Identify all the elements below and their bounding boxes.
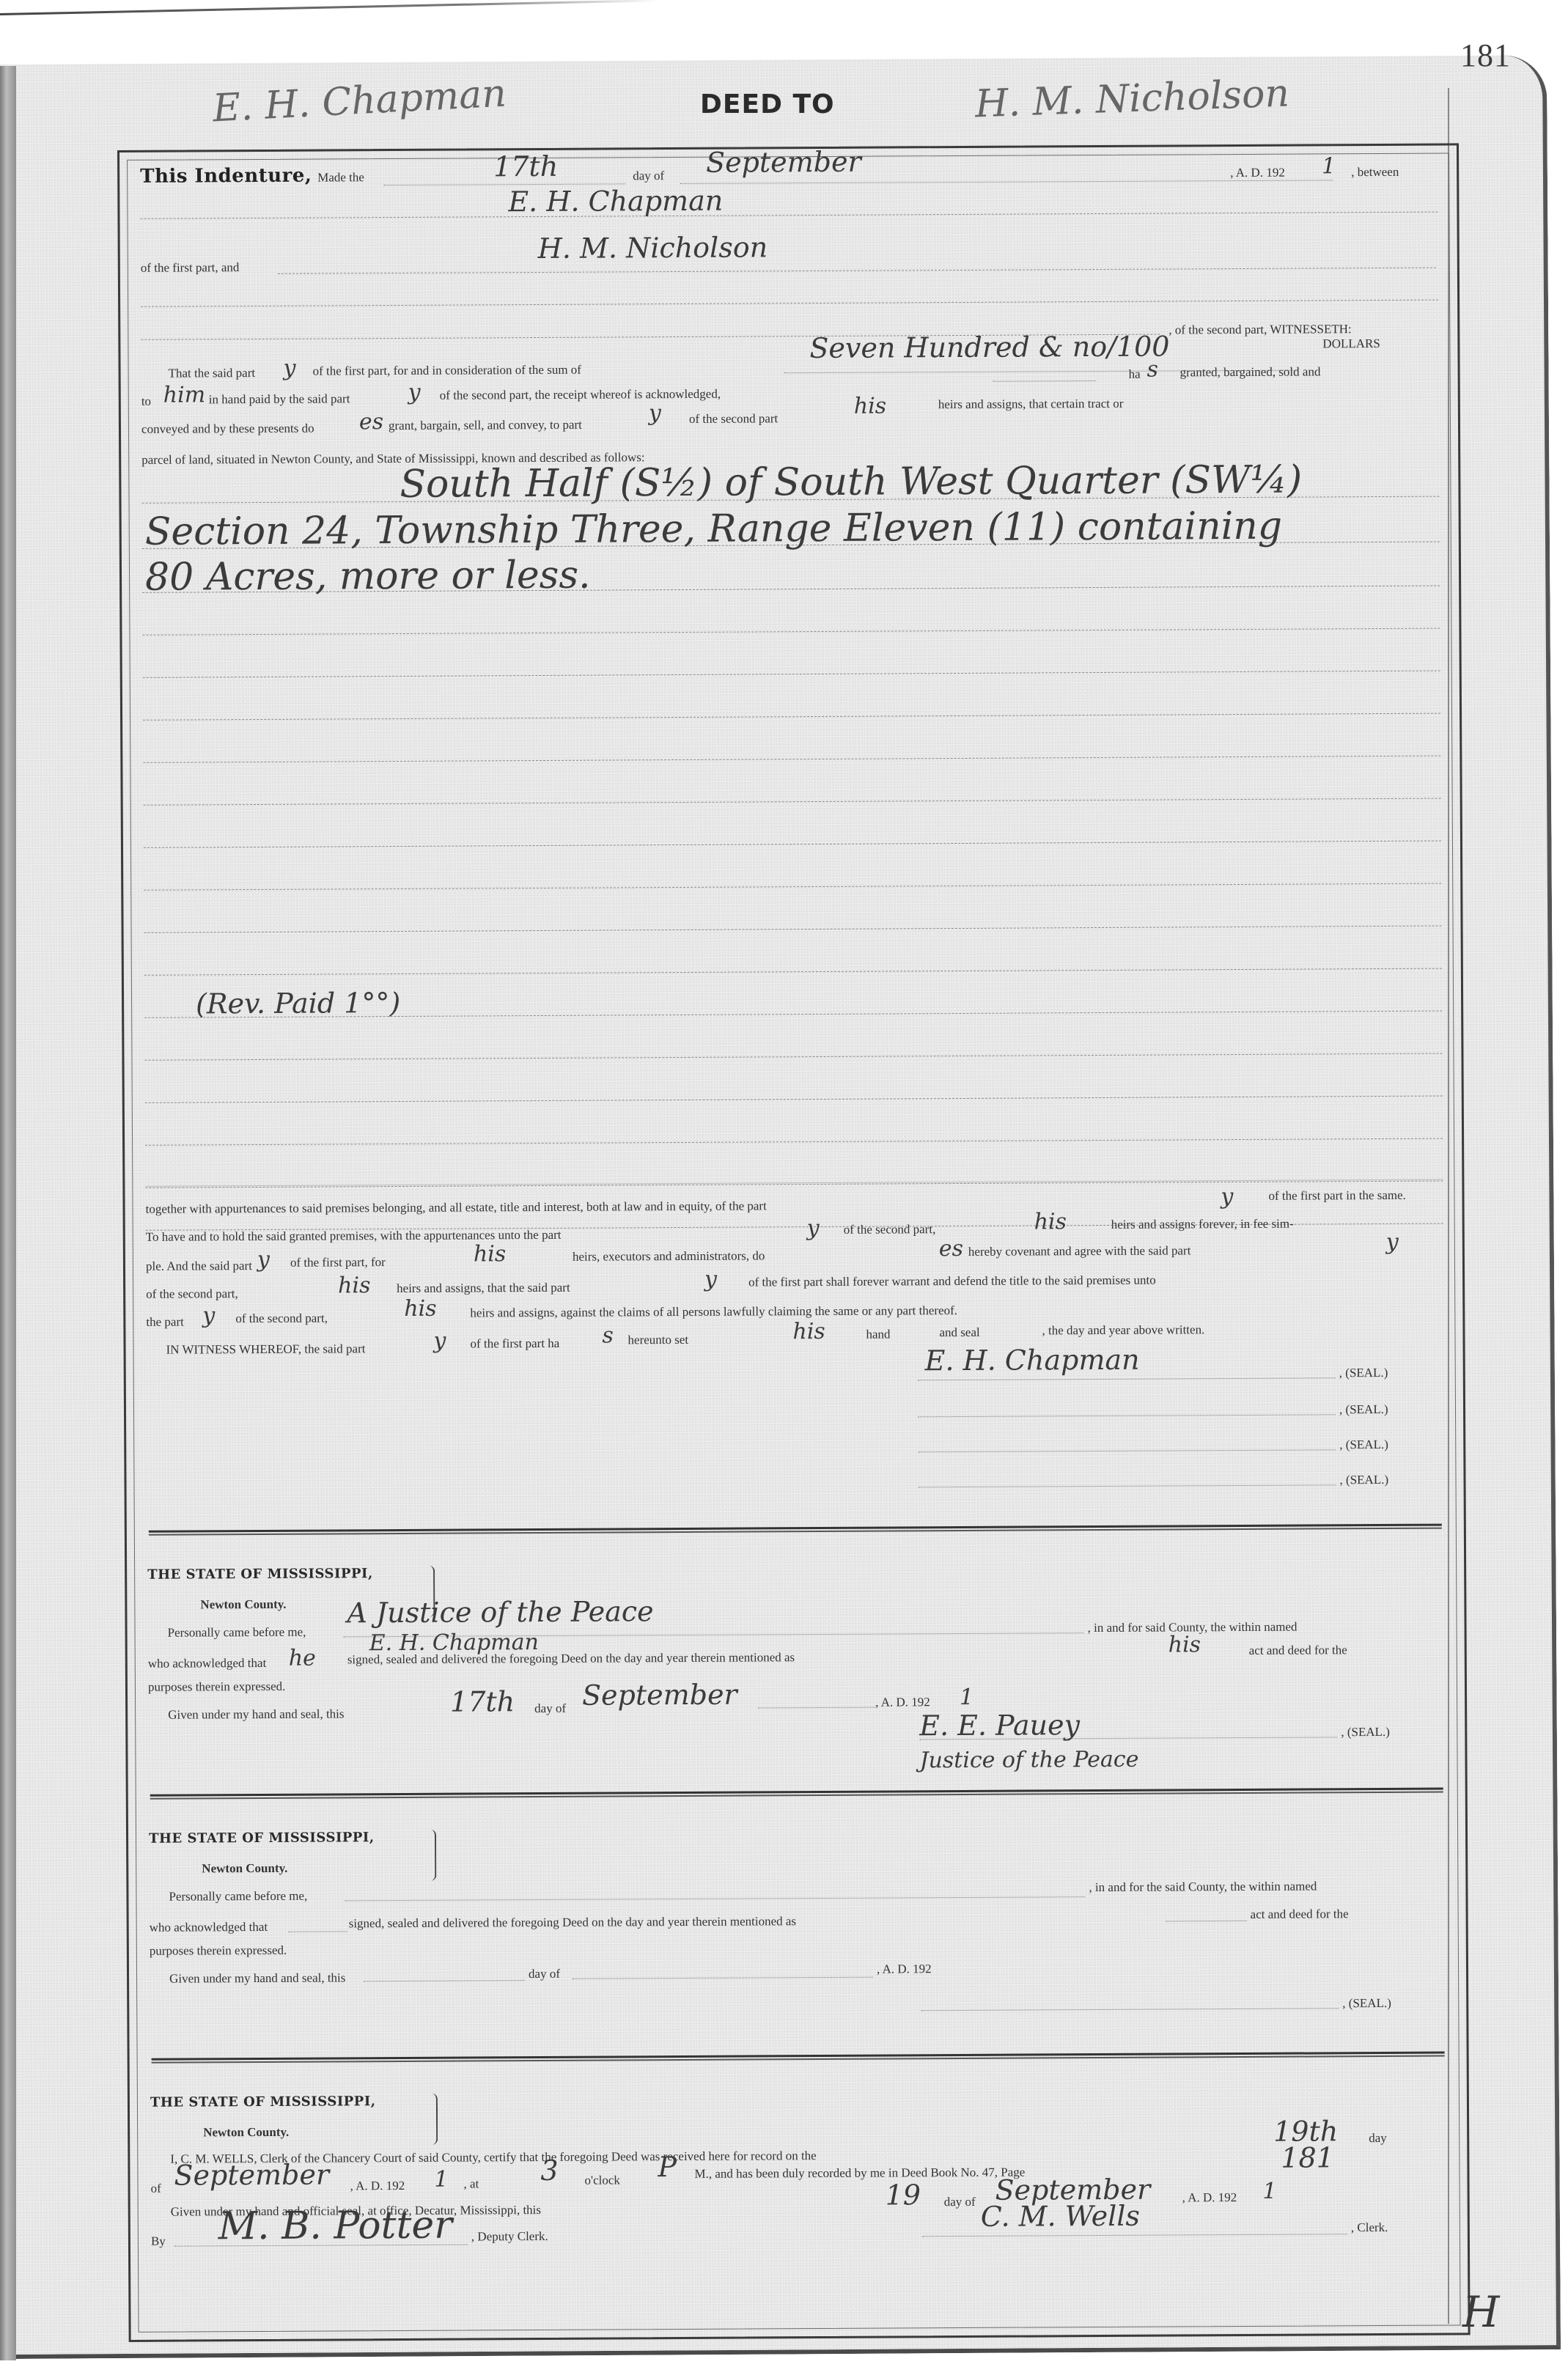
page-number: 181 [1460,37,1511,74]
indenture-month: September [706,146,861,179]
consideration-sum: Seven Hundred & no/100 [809,330,1169,364]
scan-edge [0,0,660,15]
ack1-month: September [582,1679,737,1712]
made-the-label: Made the [317,170,364,185]
state-heading: THE STATE OF MISSISSIPPI, [150,2094,376,2110]
corner-mark: H [1462,2287,1500,2337]
seal-label: , (SEAL.) [1339,1402,1388,1417]
first-party-name: E. H. Chapman [508,185,723,218]
county-heading: Newton County. [202,1861,287,1877]
header-title: DEED TO [700,89,835,119]
ack1-signature: E. E. Pauey [919,1709,1080,1742]
his: his [854,394,886,419]
county-heading: Newton County. [200,1597,286,1613]
book-binding-edge [0,66,16,2360]
ad-label: , A. D. 192 [1230,166,1285,180]
deputy-clerk-signature: M. B. Potter [218,2204,452,2249]
revenue-note: (Rev. Paid 1°°) [196,987,400,1020]
record-month: September [174,2159,329,2192]
record-meridiem: P [658,2151,677,2183]
record-page: 181 [1281,2141,1334,2173]
witness-clause: IN WITNESS WHEREOF, the said part [166,1341,366,1357]
second-party-name: H. M. Nicholson [538,231,768,265]
indenture-title: This Indenture, [140,165,312,188]
record-hour: 3 [540,2154,558,2187]
record-given-day: 19 [886,2179,921,2211]
indenture-day: 17th [493,150,558,183]
ack1-day: 17th [450,1685,515,1718]
party-suffix: y [283,356,295,381]
description-line: 80 Acres, more or less. [145,553,591,600]
seal-label: , (SEAL.) [1339,1437,1388,1452]
description-line: Section 24, Township Three, Range Eleven… [145,504,1283,554]
clerk-signature: C. M. Wells [981,2200,1140,2233]
county-heading: Newton County. [203,2125,289,2140]
witnesseth-label: , of the second part, WITNESSETH: [1168,322,1352,337]
deed-form: This Indenture, Made the 17th day of Sep… [117,143,1471,2342]
state-heading: THE STATE OF MISSISSIPPI, [149,1830,375,1847]
grantor-signature: E. H. Chapman [925,1344,1140,1377]
seal-label: , (SEAL.) [1339,1473,1388,1487]
dollars-label: DOLLARS [1322,336,1380,351]
ack1-officer-title: Justice of the Peace [919,1747,1138,1774]
between-label: , between [1351,165,1399,180]
seal-label: , (SEAL.) [1339,1366,1388,1380]
description-line: South Half (S½) of South West Quarter (S… [400,458,1302,507]
of-first-part-label: of the first part, and [141,260,240,276]
ack1-officer: A Justice of the Peace [347,1595,653,1629]
day-of-label: day of [633,169,664,183]
to-him: him [163,382,206,408]
indenture-year-suffix: 1 [1322,153,1336,179]
state-heading: THE STATE OF MISSISSIPPI, [147,1566,373,1583]
